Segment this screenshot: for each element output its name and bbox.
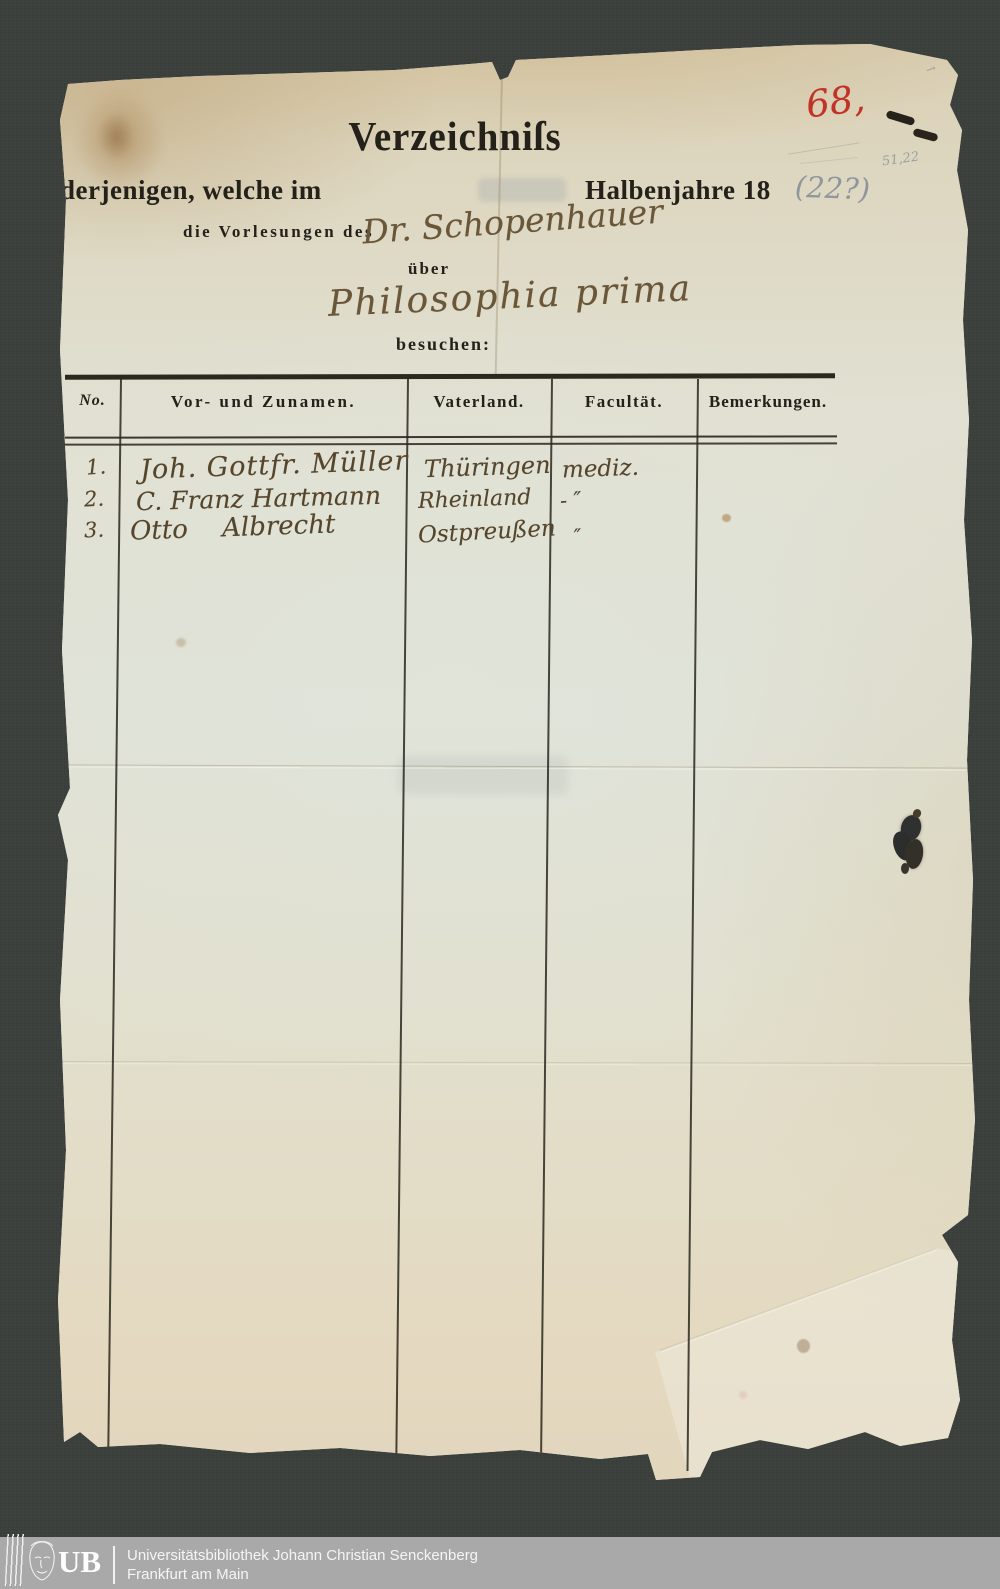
ub-logo-text: UB bbox=[58, 1544, 101, 1580]
row-facultaet: - ″ bbox=[559, 487, 582, 512]
lecturer-handwritten: Dr. Schopenhauer bbox=[361, 192, 664, 252]
header-line2-left: derjenigen, welche im bbox=[60, 175, 322, 206]
table-header-double-rule-upper bbox=[65, 435, 837, 438]
document-paper-sheet: Verzeichniſs derjenigen, welche im Halbe… bbox=[0, 0, 1000, 1589]
fold-crease-horizontal bbox=[58, 764, 973, 769]
library-footer-bar: UB Universitätsbibliothek Johann Christi… bbox=[0, 1537, 1000, 1589]
table-column-line-2 bbox=[395, 379, 408, 1465]
ink-blot bbox=[893, 813, 933, 879]
folio-number-red: 68, bbox=[804, 77, 868, 127]
stain-top-left-core bbox=[98, 112, 134, 160]
logo-divider bbox=[113, 1546, 115, 1584]
column-header-no: No. bbox=[65, 392, 120, 410]
ink-dash-mark bbox=[885, 110, 915, 126]
ub-logo: UB bbox=[4, 1532, 120, 1589]
row-name: Otto Albrecht bbox=[130, 509, 336, 546]
pencil-tick-mark: ↗ bbox=[924, 61, 939, 78]
scanned-document-page: { "folio_number": "68,", "pencil_marks":… bbox=[0, 0, 1000, 1589]
table-column-line-1 bbox=[107, 379, 122, 1467]
library-city: Frankfurt am Main bbox=[127, 1565, 249, 1584]
row-facultaet: ″ bbox=[573, 524, 582, 548]
column-header-vaterland: Vaterland. bbox=[407, 392, 551, 412]
library-name: Universitätsbibliothek Johann Christian … bbox=[127, 1546, 478, 1565]
stain-spot bbox=[176, 638, 186, 647]
goethe-portrait-icon bbox=[22, 1536, 62, 1589]
column-header-bemerkungen: Bemerkungen. bbox=[699, 392, 837, 412]
row-number: 1. bbox=[85, 454, 107, 479]
row-vaterland: Ostpreußen bbox=[417, 515, 556, 548]
pencil-scribble bbox=[788, 142, 859, 155]
page-title: Verzeichniſs bbox=[313, 112, 598, 160]
column-header-name: Vor- und Zunamen. bbox=[120, 392, 407, 412]
header-line4: über bbox=[408, 259, 450, 279]
ink-dash-mark bbox=[912, 128, 938, 142]
subject-handwritten: Philosophia prima bbox=[327, 268, 693, 325]
row-vaterland: Rheinland bbox=[418, 485, 532, 514]
showthrough-ghost bbox=[398, 756, 568, 794]
stain-spot bbox=[722, 514, 731, 522]
row-number: 3. bbox=[83, 517, 104, 542]
pencil-year-annotation: (22?) bbox=[794, 170, 870, 207]
header-line3: die Vorlesungen des bbox=[183, 222, 374, 242]
column-header-facultaet: Facultät. bbox=[551, 392, 697, 412]
row-name: C. Franz Hartmann bbox=[136, 481, 382, 516]
fold-crease-horizontal bbox=[58, 1061, 973, 1065]
row-facultaet: mediz. bbox=[562, 455, 640, 484]
table-top-rule bbox=[65, 373, 835, 379]
table-header-double-rule-lower bbox=[65, 442, 837, 445]
pencil-shelf-note: 51,22 bbox=[881, 149, 920, 169]
row-number: 2. bbox=[83, 486, 104, 511]
row-name: Joh. Gottfr. Müller bbox=[140, 445, 409, 485]
row-vaterland: Thüringen bbox=[424, 451, 551, 483]
header-line5: besuchen: bbox=[396, 334, 491, 355]
table-column-line-3 bbox=[540, 379, 553, 1469]
table-column-line-4 bbox=[687, 379, 699, 1471]
pencil-scribble bbox=[800, 157, 858, 165]
